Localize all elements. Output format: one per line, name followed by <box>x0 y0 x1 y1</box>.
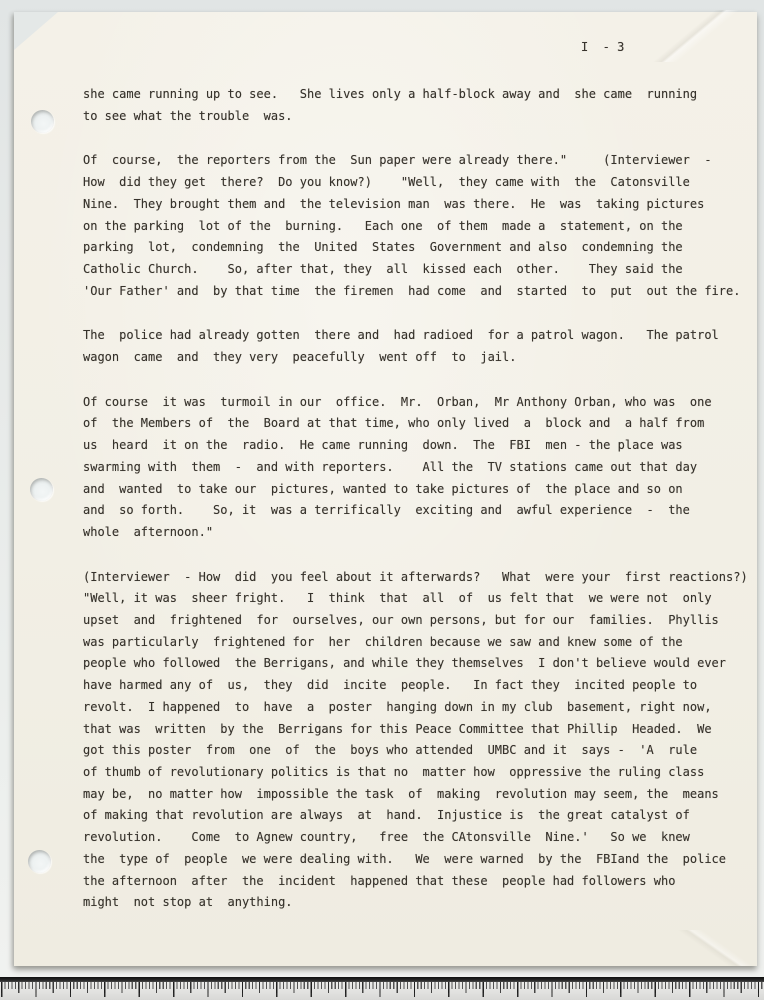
text-line: got this poster from one of the boys who… <box>83 740 761 762</box>
text-line: of thumb of revolutionary politics is th… <box>83 762 761 784</box>
ruler-long-ticks <box>1 982 764 997</box>
hole-punch <box>31 110 54 133</box>
text-line: on the parking lot of the burning. Each … <box>83 216 761 238</box>
text-line: The police had already gotten there and … <box>83 325 761 347</box>
text-line: was particularly frightened for her chil… <box>83 632 761 654</box>
paragraph: (Interviewer - How did you feel about it… <box>83 567 761 914</box>
paragraph: The police had already gotten there and … <box>83 325 761 368</box>
page-number: I - 3 <box>581 38 624 56</box>
text-line: and so forth. So, it was a terrifically … <box>83 500 761 522</box>
text-line: Of course it was turmoil in our office. … <box>83 392 761 414</box>
text-line: Of course, the reporters from the Sun pa… <box>83 150 761 172</box>
cut-corner <box>14 12 58 50</box>
document-text: she came running up to see. She lives on… <box>83 84 761 937</box>
text-line: to see what the trouble was. <box>83 106 761 128</box>
hole-punch <box>28 850 51 873</box>
text-line: the type of people we were dealing with.… <box>83 849 761 871</box>
text-line: revolution. Come to Agnew country, free … <box>83 827 761 849</box>
text-line: 'Our Father' and by that time the fireme… <box>83 281 761 303</box>
text-line: "Well, it was sheer fright. I think that… <box>83 588 761 610</box>
text-line: parking lot, condemning the United State… <box>83 237 761 259</box>
text-line: the afternoon after the incident happene… <box>83 871 761 893</box>
text-line: may be, no matter how impossible the tas… <box>83 784 761 806</box>
text-line: might not stop at anything. <box>83 892 761 914</box>
ruler <box>0 977 764 1000</box>
text-line: and wanted to take our pictures, wanted … <box>83 479 761 501</box>
paragraph: Of course it was turmoil in our office. … <box>83 392 761 544</box>
text-line: upset and frightened for ourselves, our … <box>83 610 761 632</box>
hole-punch <box>30 478 53 501</box>
text-line: she came running up to see. She lives on… <box>83 84 761 106</box>
text-line: have harmed any of us, they did incite p… <box>83 675 761 697</box>
paragraph: Of course, the reporters from the Sun pa… <box>83 150 761 302</box>
text-line: wagon came and they very peacefully went… <box>83 347 761 369</box>
text-line: of the Members of the Board at that time… <box>83 413 761 435</box>
text-line: How did they get there? Do you know?) "W… <box>83 172 761 194</box>
text-line: (Interviewer - How did you feel about it… <box>83 567 761 589</box>
text-line: whole afternoon." <box>83 522 761 544</box>
text-line: that was written by the Berrigans for th… <box>83 719 761 741</box>
text-line: swarming with them - and with reporters.… <box>83 457 761 479</box>
text-line: Nine. They brought them and the televisi… <box>83 194 761 216</box>
text-line: people who followed the Berrigans, and w… <box>83 653 761 675</box>
text-line: revolt. I happened to have a poster hang… <box>83 697 761 719</box>
text-line: us heard it on the radio. He came runnin… <box>83 435 761 457</box>
text-line: of making that revolution are always at … <box>83 805 761 827</box>
paragraph: she came running up to see. She lives on… <box>83 84 761 127</box>
paper-crease <box>620 10 764 62</box>
text-line: Catholic Church. So, after that, they al… <box>83 259 761 281</box>
